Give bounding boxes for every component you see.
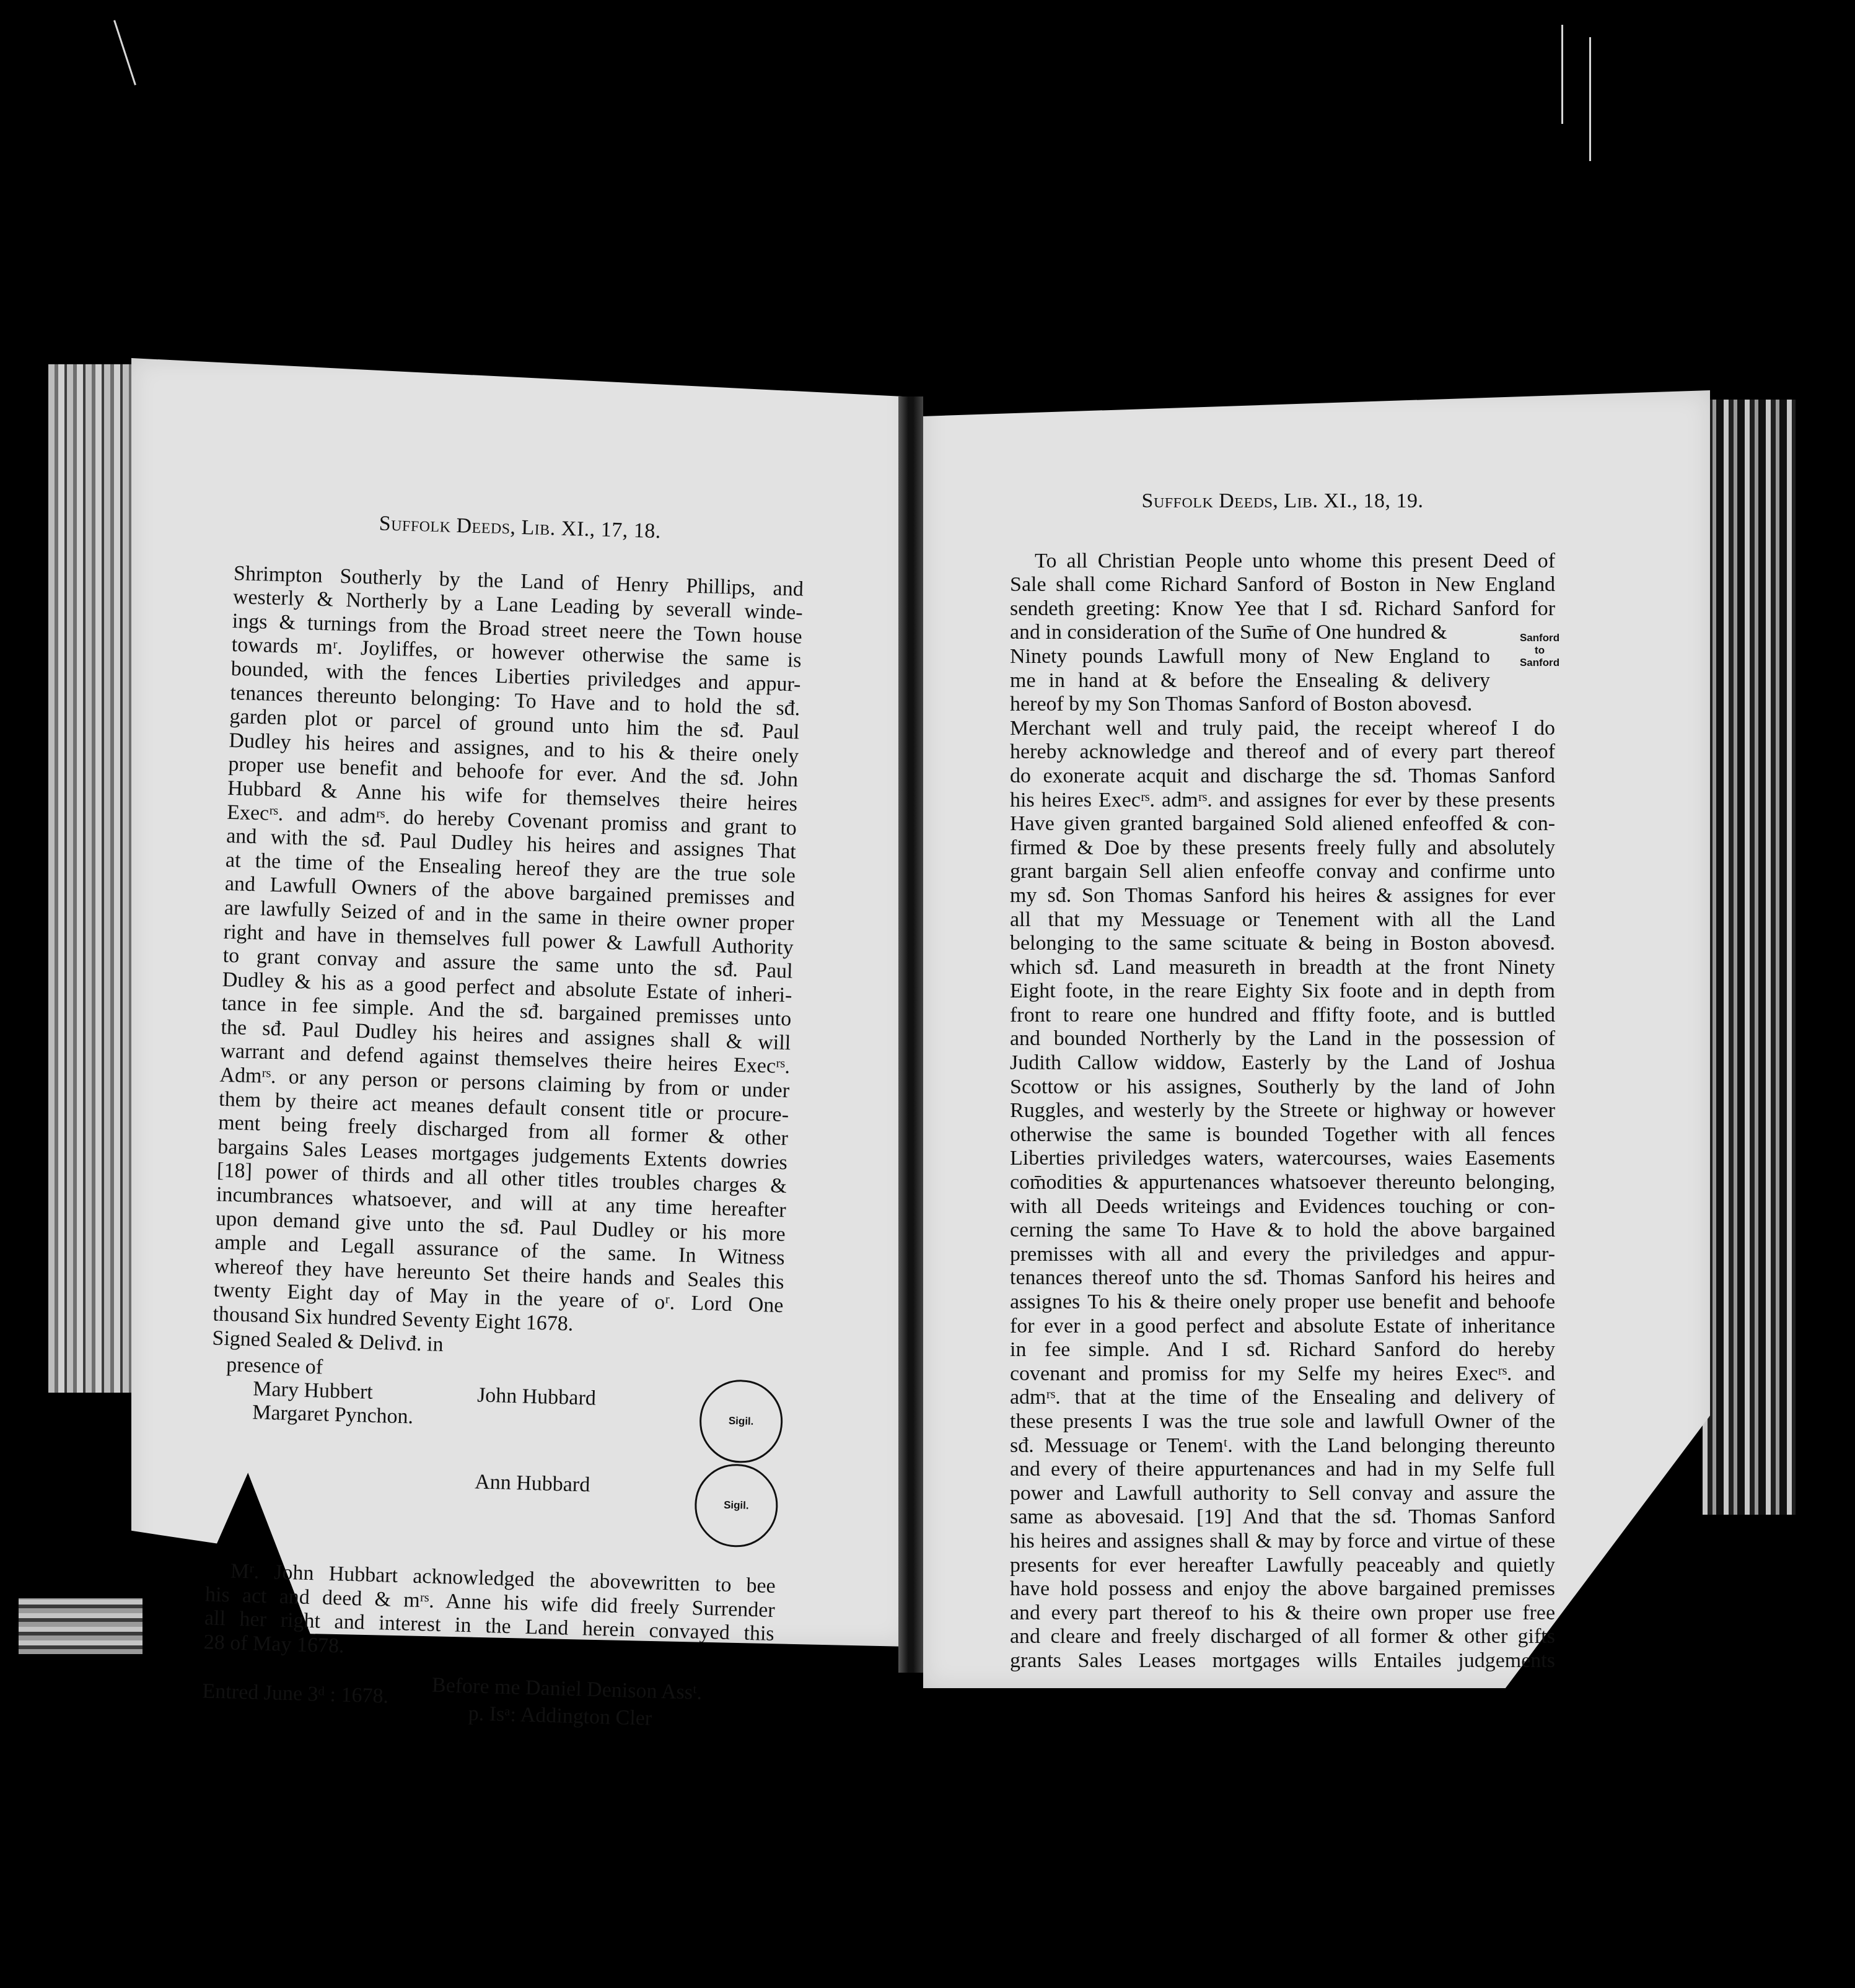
text-line: and cleare and freely discharged of all …	[1010, 1625, 1555, 1649]
text-line: and every of theire appurtenances and ha…	[1010, 1458, 1555, 1482]
margin-note: Sanford to Sanford	[1512, 632, 1568, 669]
entry-footer: Before me Daniel Denison Assᵗ. Entred Ju…	[201, 1667, 773, 1739]
right-page-stack	[1703, 400, 1796, 1515]
text-line: hereby acknowledge and thereof and of ev…	[1010, 740, 1555, 764]
film-scratch	[1561, 25, 1563, 124]
text-line: with all Deeds writeings and Evidences t…	[1010, 1195, 1555, 1219]
margin-note-line: Sanford	[1512, 657, 1568, 669]
left-page-stack-bottom	[19, 1598, 143, 1654]
acknowledgement-text: Mʳ. John Hubbart acknowledged the abovew…	[203, 1559, 776, 1671]
text-line: and every part thereof to his & theire o…	[1010, 1601, 1555, 1626]
left-page-stack	[48, 364, 135, 1393]
witness-list: presence of Mary Hubbert Margaret Pyncho…	[225, 1353, 415, 1429]
text-line: Merchant well and truly paid, the receip…	[1010, 717, 1555, 741]
book-gutter	[898, 396, 923, 1673]
signature-block: presence of Mary Hubbert Margaret Pyncho…	[207, 1353, 782, 1546]
text-line: tenances thereof unto the sđ. Thomas San…	[1010, 1266, 1555, 1290]
text-line: have hold possess and enjoy the above ba…	[1010, 1577, 1555, 1601]
text-line: Liberties priviledges waters, watercours…	[1010, 1147, 1555, 1171]
text-line: power and Lawfull authority to Sell conv…	[1010, 1482, 1555, 1506]
text-line: covenant and promiss for my Selfe my hei…	[1010, 1362, 1555, 1386]
text-line: Ninety pounds Lawfull mony of New Englan…	[1010, 645, 1490, 669]
text-line: same as abovesaid. [19] And that the sđ.…	[1010, 1505, 1555, 1530]
text-line: cerning the same To Have & to hold the a…	[1010, 1219, 1555, 1243]
text-line: all that my Messuage or Tenement with al…	[1010, 908, 1555, 932]
text-line: his heires Execʳˢ. admʳˢ. and assignes f…	[1010, 789, 1555, 813]
text-line: my sđ. Son Thomas Sanford his heires & a…	[1010, 884, 1555, 908]
text-line: sđ. Messuage or Tenemᵗ. with the Land be…	[1010, 1434, 1555, 1458]
seal-label: Sigil.	[724, 1494, 750, 1518]
text-line: Sale shall come Richard Sanford of Bosto…	[1010, 573, 1555, 597]
text-line: and bounded Northerly by the Land in the…	[1010, 1027, 1555, 1051]
text-line: grant bargain Sell alien enfeoffe convay…	[1010, 860, 1555, 884]
seal-label: Sigil.	[728, 1409, 754, 1434]
text-line: Eight foote, in the reare Eighty Six foo…	[1010, 979, 1555, 1004]
signer-name: John Hubbard	[477, 1384, 597, 1411]
right-body-text: To all Christian People unto whome this …	[1010, 550, 1555, 1673]
witness-name: Margaret Pynchon.	[225, 1400, 414, 1429]
text-line: com̄odities & appurtenances whatsoever t…	[1010, 1171, 1555, 1195]
before-me-line: Before me Daniel Denison Assᵗ.	[432, 1673, 703, 1705]
text-line: front to reare one hundred and ffifty fo…	[1010, 1004, 1555, 1028]
text-line: firmed & Doe by these presents freely fu…	[1010, 836, 1555, 860]
seal-icon: Sigil.	[698, 1379, 784, 1465]
clerk-line: p. Isᵃ: Addington Cler	[468, 1702, 652, 1731]
margin-note-line: to	[1512, 644, 1568, 657]
text-line: otherwise the same is bounded Together w…	[1010, 1123, 1555, 1147]
presence-of-label: presence of	[226, 1353, 323, 1378]
text-line: Have given granted bargained Sold aliene…	[1010, 812, 1555, 836]
text-line: his heires and assignes shall & may by f…	[1010, 1530, 1555, 1554]
text-line: assignes To his & theire onely proper us…	[1010, 1290, 1555, 1315]
text-line: To all Christian People unto whome this …	[1010, 550, 1555, 574]
seal-icon: Sigil.	[694, 1463, 779, 1549]
text-line: hereof by my Son Thomas Sanford of Bosto…	[1010, 693, 1490, 717]
text-line: sendeth greeting: Know Yee that I sđ. Ri…	[1010, 597, 1555, 621]
text-line: admʳˢ. that at the time of the Ensealing…	[1010, 1386, 1555, 1410]
text-line: Scottow or his assignes, Southerly by th…	[1010, 1075, 1555, 1100]
text-line: do exonerate acquit and discharge the sđ…	[1010, 764, 1555, 789]
film-scratch	[1589, 37, 1591, 161]
text-line: in fee simple. And I sđ. Richard Sanford…	[1010, 1338, 1555, 1362]
entred-date: Entred June 3ᵈ : 1678.	[202, 1679, 388, 1709]
text-line: these presents I was the true sole and l…	[1010, 1410, 1555, 1434]
text-line: for ever in a good perfect and absolute …	[1010, 1315, 1555, 1339]
left-body-text: Shrimpton Southerly by the Land of Henry…	[213, 562, 804, 1342]
text-line: which sđ. Land measureth in breadth at t…	[1010, 956, 1555, 980]
text-line: Ruggles, and westerly by the Streete or …	[1010, 1099, 1555, 1123]
text-line: premisses with all and every the privile…	[1010, 1243, 1555, 1267]
margin-note-line: Sanford	[1512, 632, 1568, 644]
right-page-content: Suffolk Deeds, Lib. XI., 18, 19. To all …	[1010, 489, 1555, 1673]
text-line: Judith Callow widdow, Easterly by the La…	[1010, 1051, 1555, 1075]
text-line: grants Sales Leases mortgages wills Enta…	[1010, 1649, 1555, 1673]
text-line: belonging to the same scituate & being i…	[1010, 932, 1555, 956]
left-page-content: Suffolk Deeds, Lib. XI., 17, 18. Shrimpt…	[201, 508, 805, 1738]
text-line: presents for ever hereafter Lawfully pea…	[1010, 1554, 1555, 1578]
text-line: me in hand at & before the Ensealing & d…	[1010, 669, 1490, 693]
text-line: and in consideration of the Sum̄e of One…	[1010, 621, 1490, 645]
signer-name: Ann Hubbard	[475, 1471, 590, 1498]
right-running-header: Suffolk Deeds, Lib. XI., 18, 19.	[1010, 489, 1555, 514]
film-scratch	[113, 20, 136, 85]
